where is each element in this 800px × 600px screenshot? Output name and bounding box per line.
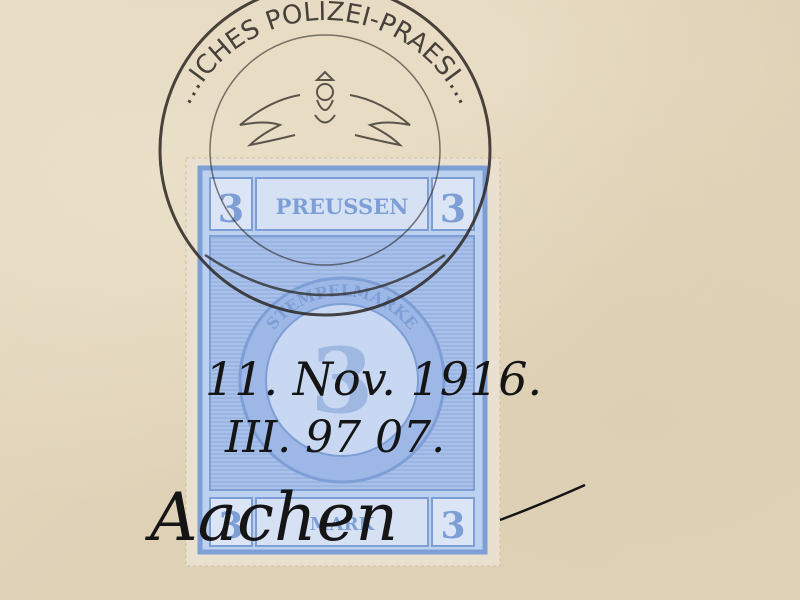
postmark-ring-text: …ICHES POLIZEI-PRAESI…: [169, 0, 481, 109]
value-corner-top-right: 3: [440, 186, 466, 231]
eagle-emblem-icon: [240, 72, 410, 145]
photo-scene: 3 3 PREUSSEN 3 STEMPELMARKE 3 3 MARK: [0, 0, 800, 600]
signature-tail: [500, 485, 585, 520]
stamp-illustration: 3 3 PREUSSEN 3 STEMPELMARKE 3 3 MARK: [0, 0, 800, 600]
handwriting-date: 11. Nov. 1916.: [205, 352, 542, 406]
handwriting-place: Aachen: [144, 479, 398, 556]
country-label: PREUSSEN: [276, 194, 409, 219]
value-corner-bottom-right: 3: [440, 505, 465, 547]
handwriting-number: III. 97 07.: [224, 412, 445, 463]
value-corner-top-left: 3: [218, 186, 244, 231]
